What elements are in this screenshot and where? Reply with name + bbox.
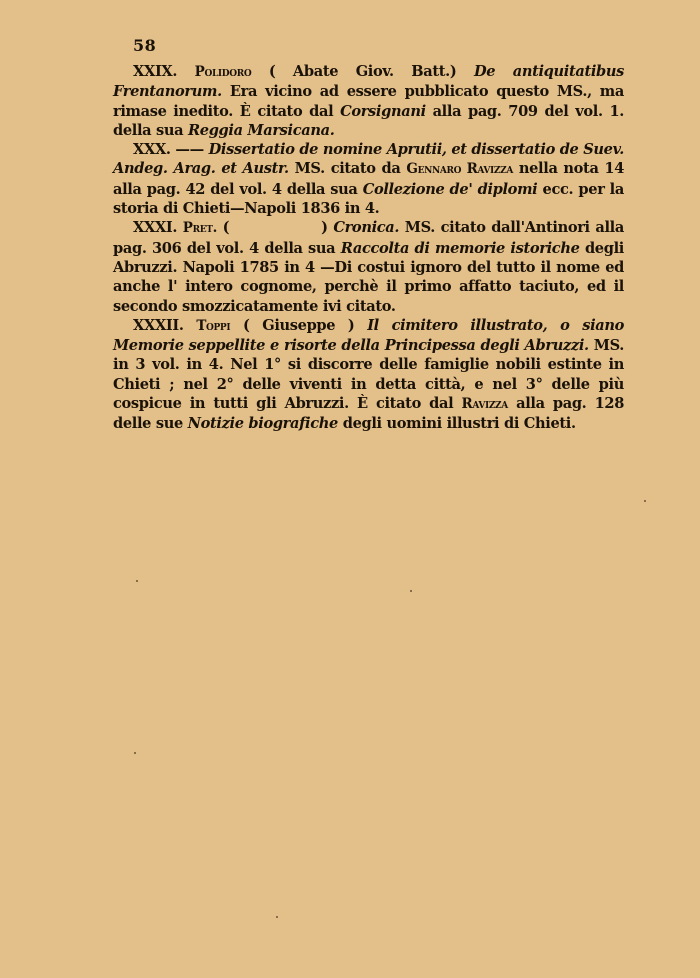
- paper-speck: [644, 500, 646, 502]
- entry-text: degli uomini illustri di Chieti.: [343, 415, 576, 432]
- paper-speck: [276, 916, 278, 918]
- entry-text: MS. citato da: [295, 160, 401, 177]
- paper-speck: [136, 580, 138, 582]
- entry-numeral: XXIX.: [133, 63, 177, 80]
- entry-numeral: XXXI.: [133, 219, 177, 236]
- entry-numeral: XXX.: [133, 141, 171, 158]
- entry-ref-author: Ravizza: [461, 396, 507, 412]
- bibliography-text: XXIX. Polidoro ( Abate Giov. Batt.) De a…: [113, 62, 624, 434]
- entry-ref-author: Gennaro Ravizza: [406, 161, 513, 177]
- entry-author-open: (: [223, 219, 230, 236]
- entry-title: Cronica.: [333, 219, 399, 236]
- entry-numeral: XXXII.: [133, 317, 184, 334]
- entry-author-detail: ( Abate Giov. Batt.): [269, 63, 457, 80]
- entry-dash: ——: [175, 141, 204, 158]
- entry-xxxi: XXXI. Pret. () Cronica. MS. citato dall'…: [113, 218, 624, 315]
- paper-speck: [134, 752, 136, 754]
- entry-title: Il cimitero illustrato, o siano Memorie …: [113, 317, 624, 354]
- entry-xxxii: XXXII. Toppi ( Giuseppe ) Il cimitero il…: [113, 316, 624, 434]
- entry-ref-work: Reggia Marsicana.: [188, 122, 335, 139]
- entry-author: Polidoro: [195, 64, 252, 80]
- page-number: 58: [133, 36, 156, 55]
- entry-author: Pret.: [183, 220, 217, 236]
- entry-ref-author: Corsignani: [340, 103, 426, 120]
- entry-author: Toppi: [196, 318, 230, 334]
- entry-xxix: XXIX. Polidoro ( Abate Giov. Batt.) De a…: [113, 62, 624, 140]
- entry-author-detail: ( Giuseppe ): [243, 317, 355, 334]
- entry-ref-work: Collezione de' diplomi: [363, 181, 538, 198]
- paper-speck: [410, 590, 412, 592]
- entry-ref-work: Notizie biografiche: [188, 415, 338, 432]
- entry-author-close: ): [321, 219, 328, 236]
- entry-xxx: XXX. —— Dissertatio de nomine Aprutii, e…: [113, 140, 624, 218]
- entry-ref-work: Raccolta di memorie istoriche: [341, 240, 580, 257]
